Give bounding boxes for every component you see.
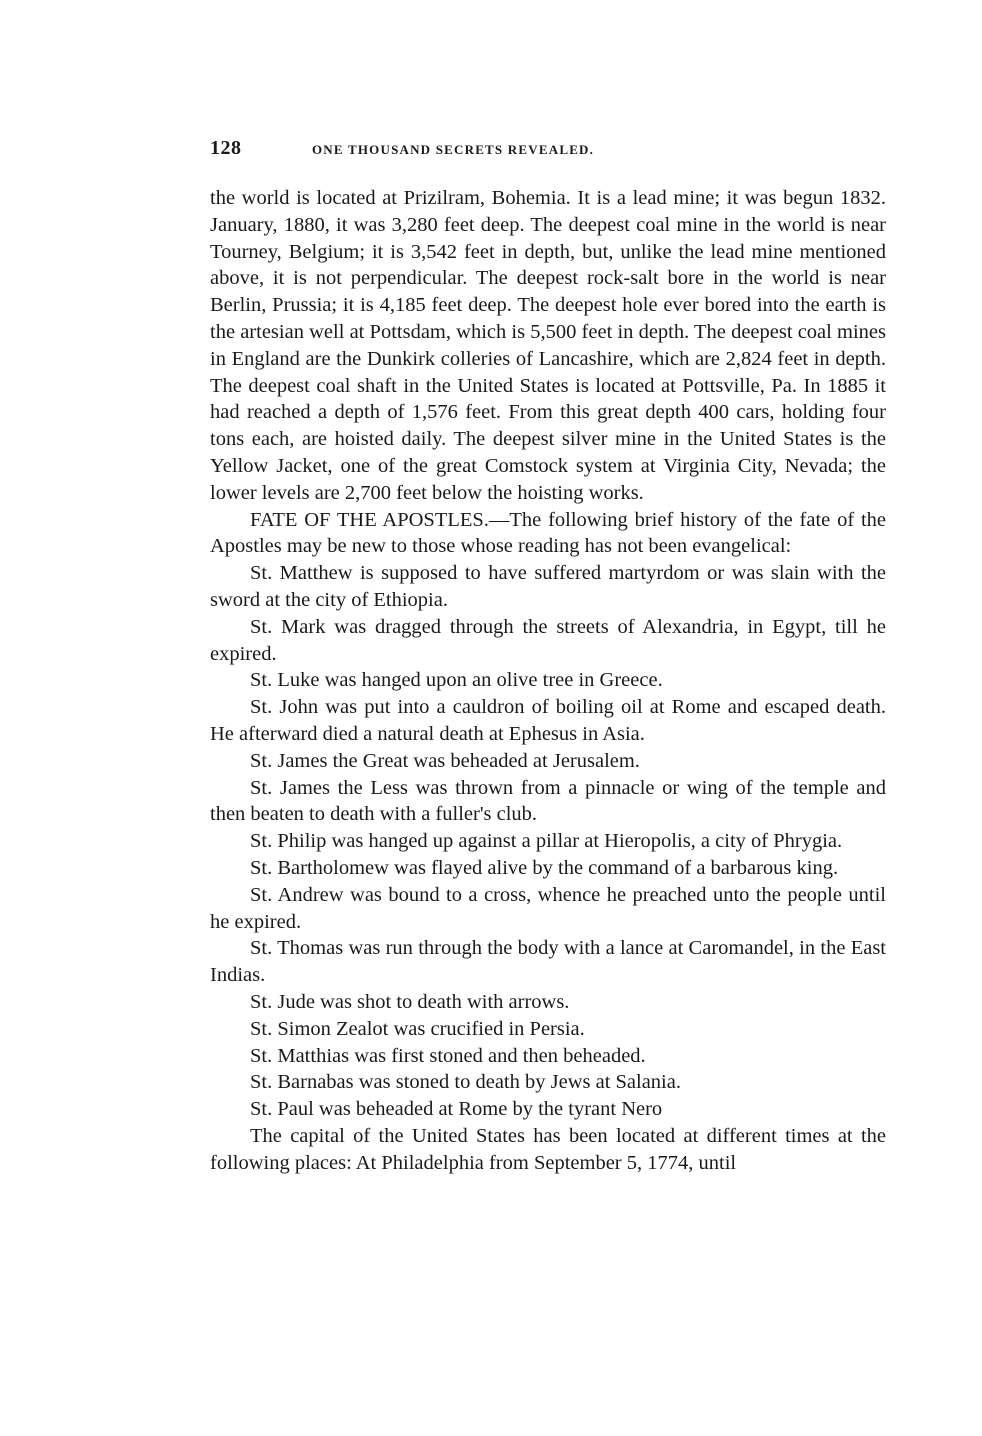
paragraph-james-great: St. James the Great was beheaded at Jeru…	[210, 748, 886, 775]
page-number: 128	[210, 137, 242, 160]
paragraph-mark: St. Mark was dragged through the streets…	[210, 614, 886, 668]
paragraph-simon: St. Simon Zealot was crucified in Persia…	[210, 1016, 886, 1043]
paragraph-barnabas: St. Barnabas was stoned to death by Jews…	[210, 1069, 886, 1096]
paragraph-thomas: St. Thomas was run through the body with…	[210, 935, 886, 989]
paragraph-mines: the world is located at Prizilram, Bohem…	[210, 185, 886, 507]
paragraph-andrew: St. Andrew was bound to a cross, whence …	[210, 882, 886, 936]
paragraph-jude: St. Jude was shot to death with arrows.	[210, 989, 886, 1016]
paragraph-john: St. John was put into a cauldron of boil…	[210, 694, 886, 748]
body-text: the world is located at Prizilram, Bohem…	[210, 185, 886, 1176]
paragraph-luke: St. Luke was hanged upon an olive tree i…	[210, 667, 886, 694]
running-title: ONE THOUSAND SECRETS REVEALED.	[312, 142, 594, 158]
paragraph-bartholomew: St. Bartholomew was flayed alive by the …	[210, 855, 886, 882]
paragraph-capital: The capital of the United States has bee…	[210, 1123, 886, 1177]
book-page: 128 ONE THOUSAND SECRETS REVEALED. the w…	[210, 137, 886, 1176]
running-head: 128 ONE THOUSAND SECRETS REVEALED.	[210, 137, 886, 167]
paragraph-philip: St. Philip was hanged up against a pilla…	[210, 828, 886, 855]
paragraph-fate-of-apostles: FATE OF THE APOSTLES.—The following brie…	[210, 507, 886, 561]
paragraph-matthias: St. Matthias was first stoned and then b…	[210, 1043, 886, 1070]
paragraph-paul: St. Paul was beheaded at Rome by the tyr…	[210, 1096, 886, 1123]
paragraph-james-less: St. James the Less was thrown from a pin…	[210, 775, 886, 829]
paragraph-matthew: St. Matthew is supposed to have suffered…	[210, 560, 886, 614]
